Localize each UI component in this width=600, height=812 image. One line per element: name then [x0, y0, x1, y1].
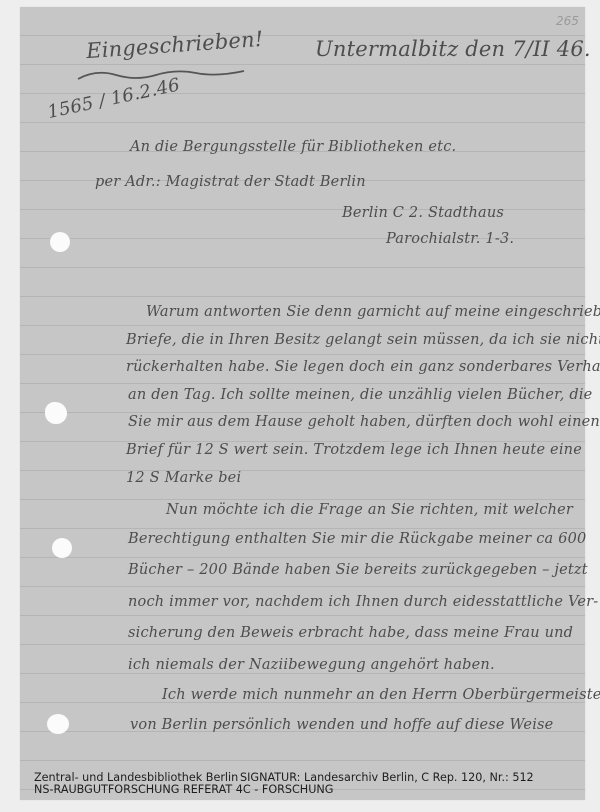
body-line: 12 S Marke bei — [126, 468, 241, 488]
archive-footer: Zentral- und Landesbibliothek Berlin SIG… — [34, 772, 534, 796]
punch-hole — [45, 402, 67, 424]
footer-department: NS-RAUBGUTFORSCHUNG REFERAT 4C - FORSCHU… — [34, 784, 333, 796]
punch-hole — [47, 714, 69, 734]
address-line-4: Parochialstr. 1-3. — [386, 229, 514, 249]
body-line: von Berlin persönlich wenden und hoffe a… — [130, 715, 553, 735]
punch-hole — [50, 232, 70, 252]
body-line: Briefe, die in Ihren Besitz gelangt sein… — [126, 330, 600, 350]
place-date: Untermalbitz den 7/II 46. — [315, 37, 591, 61]
body-line: Nun möchte ich die Frage an Sie richten,… — [166, 500, 573, 520]
body-line: Bücher – 200 Bände haben Sie bereits zur… — [128, 560, 588, 580]
body-line: sicherung den Beweis erbracht habe, dass… — [128, 623, 573, 643]
body-line: Berechtigung enthalten Sie mir die Rückg… — [128, 529, 587, 549]
punch-hole — [52, 538, 72, 558]
body-line: Sie mir aus dem Hause geholt haben, dürf… — [128, 412, 600, 432]
address-line-3: Berlin C 2. Stadthaus — [342, 203, 504, 223]
archive-page-number: 265 — [556, 14, 579, 28]
registered-mark: Eingeschrieben! — [85, 27, 264, 63]
body-line: an den Tag. Ich sollte meinen, die unzäh… — [128, 385, 592, 405]
body-line: Brief für 12 S wert sein. Trotzdem lege … — [126, 440, 582, 460]
address-line-1: An die Bergungsstelle für Bibliotheken e… — [130, 137, 456, 157]
body-line: noch immer vor, nachdem ich Ihnen durch … — [128, 592, 598, 612]
body-line: Ich werde mich nunmehr an den Herrn Ober… — [162, 685, 600, 705]
body-line: ich niemals der Naziibewegung angehört h… — [128, 655, 495, 675]
body-line: Warum antworten Sie denn garnicht auf me… — [146, 302, 600, 322]
body-line: rückerhalten habe. Sie legen doch ein ga… — [126, 357, 600, 377]
address-line-2: per Adr.: Magistrat der Stadt Berlin — [95, 172, 366, 192]
letter-page: 265 Eingeschrieben! Untermalbitz den 7/I… — [20, 7, 585, 800]
